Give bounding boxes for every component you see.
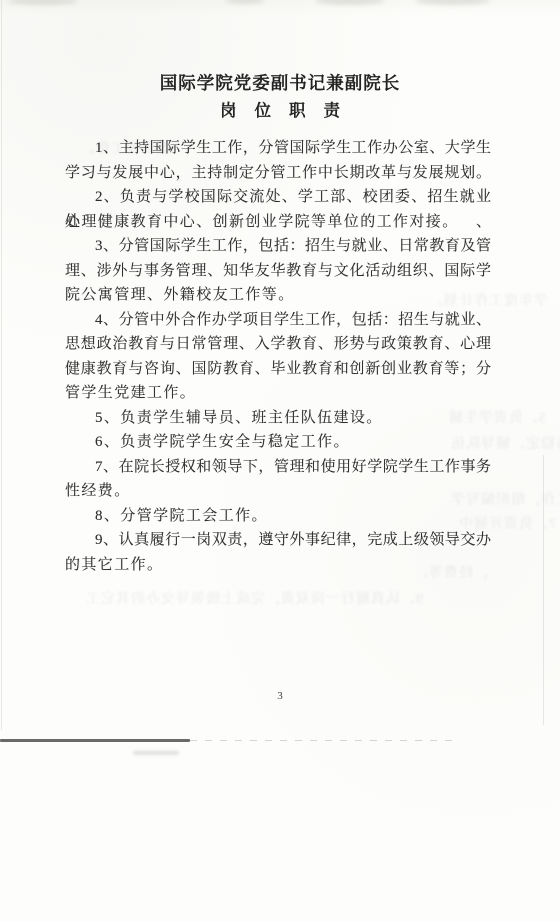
document-subtitle: 岗位职责 — [0, 102, 560, 121]
bleed-through-fragment: 9、认真履行一岗双责，完成上级领导交办的其它工 — [85, 588, 423, 608]
body-line: 6、负责学院学生安全与稳定工作。 — [65, 430, 491, 455]
body-line: 4、分管中外合作办学项目学生工作，包括：招生与就业、 — [65, 308, 491, 333]
scanned-document-page: 国际学院党委副书记兼副院长 岗位职责 1、主持国际学生工作，分管国际学生工作办公… — [0, 0, 560, 922]
body-line: 理、涉外与事务管理、知华友华教育与文化活动组织、国际学 — [65, 259, 491, 284]
body-line: 管学生党建工作。 — [65, 381, 491, 406]
bleed-through-fragment: 级管理工作。 — [80, 138, 170, 158]
scan-artifact-dots — [133, 751, 179, 755]
body-line: 7、在院长授权和领导下，管理和使用好学院学生工作事务 — [65, 455, 491, 480]
body-line: 思想政治教育与日常管理、入学教育、形势与政策教育、心理 — [65, 332, 491, 357]
body-line: 9、认真履行一岗双责，遵守外事纪律，完成上级领导交办 — [65, 528, 491, 553]
scan-smudge — [315, 0, 385, 5]
body-line: 5、负责学生辅导员、班主任队伍建设。 — [65, 406, 491, 431]
document-body: 1、主持国际学生工作，分管国际学生工作办公室、大学生学习与发展中心，主持制定分管… — [65, 136, 491, 577]
bleed-through-fragment: 5、负责学生辅 — [448, 407, 546, 427]
bleed-through-fragment: ，经费等。 — [413, 562, 488, 582]
body-line: 性经费。 — [65, 479, 491, 504]
scan-smudge — [415, 0, 490, 5]
body-line: 2、负责与学校国际交流处、学工部、校团委、招生就业处、 — [65, 185, 491, 210]
bleed-through-fragment: 7、负责开展中 — [458, 513, 556, 533]
body-line: 学习与发展中心，主持制定分管工作中长期改革与发展规划。 — [65, 161, 491, 186]
document-title: 国际学院党委副书记兼副院长 — [0, 73, 560, 93]
scan-artifact-line-dark — [0, 739, 190, 742]
bleed-through-fragment: 学年度工作计划。 — [428, 290, 548, 310]
body-line: 心理健康教育中心、创新创业学院等单位的工作对接。 — [65, 210, 491, 235]
body-line: 健康教育与咨询、国防教育、毕业教育和创新创业教育等；分 — [65, 357, 491, 382]
bleed-through-fragment: 设与稳定、辅导队伍 — [450, 433, 560, 453]
scan-smudge — [225, 0, 265, 4]
body-line: 3、分管国际学生工作，包括：招生与就业、日常教育及管 — [65, 234, 491, 259]
scan-smudge — [8, 0, 78, 5]
body-line: 8、分管学院工会工作。 — [65, 504, 491, 529]
page-number: 3 — [0, 690, 560, 702]
document-subtitle-text: 岗位职责 — [220, 102, 358, 121]
scan-artifact-line-faint — [190, 740, 452, 741]
bleed-through-fragment: 工作，组织编写学 — [450, 489, 560, 509]
